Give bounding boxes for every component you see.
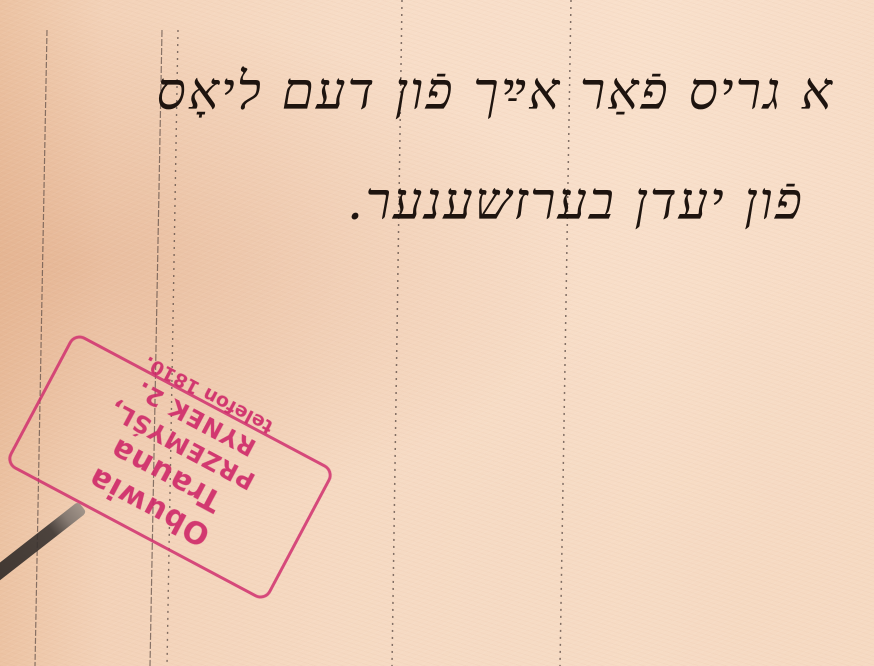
postcard: א גריס פֿאַר אײַך פֿון דעם ליאָס פֿון יע…	[0, 0, 874, 666]
message-line-1: א גריס פֿאַר אײַך פֿון דעם ליאָס	[156, 62, 834, 122]
message-line-2: פֿון יעדן בערזשענער.	[347, 172, 804, 232]
